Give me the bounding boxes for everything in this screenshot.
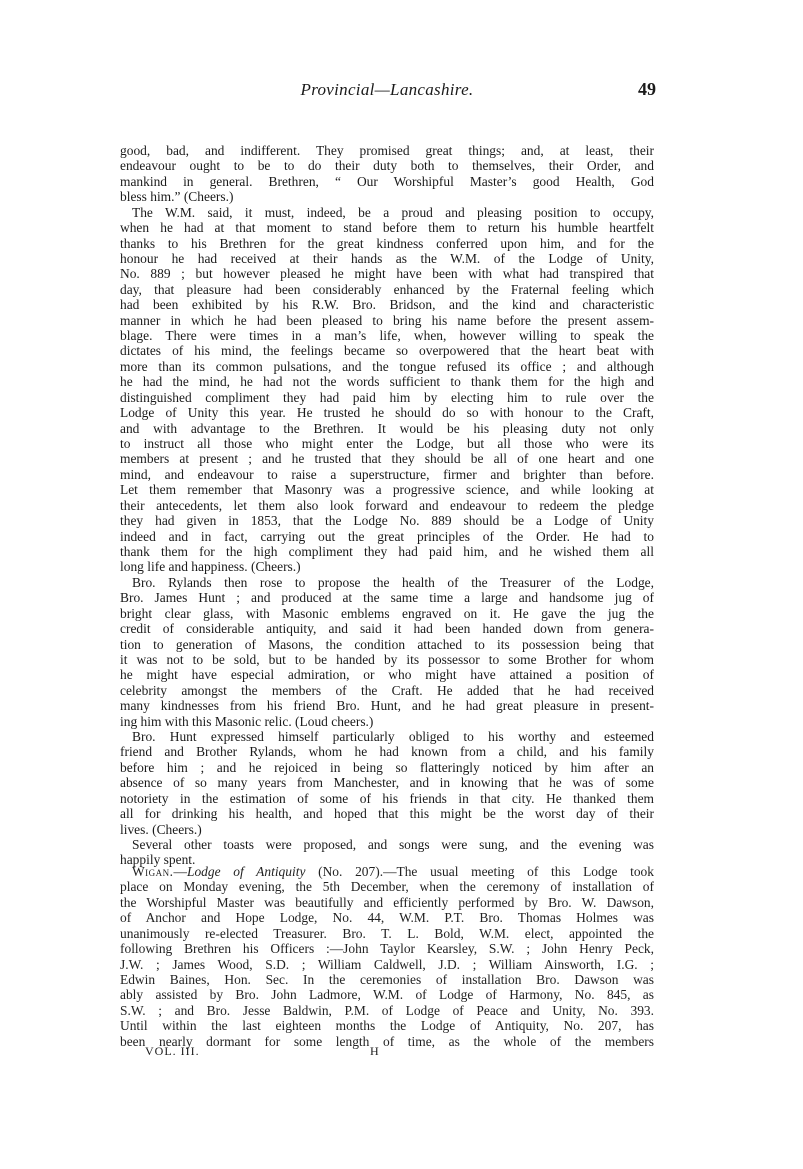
page-number: 49 [638,79,656,100]
text-line: place on Monday evening, the 5th Decembe… [120,879,654,894]
text-line: their antecedents, let them also look fo… [120,498,654,513]
text-line: mankind in general. Brethren, “ Our Wors… [120,174,654,189]
wigan-first-line-rest: —The usual meeting of this Lodge took [383,864,654,879]
text-line: tion to generation of Masons, the condit… [120,637,654,652]
text-line: when he had at that moment to stand befo… [120,220,654,235]
text-line: they had given in 1853, that the Lodge N… [120,513,654,528]
text-line: No. 889 ; but however pleased he might h… [120,266,654,281]
text-line: he had the mind, he had not the words su… [120,374,654,389]
text-line: bless him.” (Cheers.) [120,189,654,204]
text-line: manner in which he had been pleased to b… [120,313,654,328]
text-line: distinguished compliment they had paid h… [120,390,654,405]
text-line: blage. There were times in a man’s life,… [120,328,654,343]
text-line: absence of so many years from Manchester… [120,775,654,790]
text-line: mind, and endeavour to raise a superstru… [120,467,654,482]
text-line: Lodge of Unity this year. He trusted he … [120,405,654,420]
text-line: ably assisted by Bro. John Ladmore, W.M.… [120,987,654,1002]
text-line: indeed and in fact, carrying out the gre… [120,529,654,544]
text-line: the Worshipful Master was beautifully an… [120,895,654,910]
wigan-place: Wigan. [132,864,174,879]
text-line: credit of considerable antiquity, and sa… [120,621,654,636]
text-line: Until within the last eighteen months th… [120,1018,654,1033]
text-line: unanimously re-elected Treasurer. Bro. T… [120,926,654,941]
text-line: he might have especial admiration, or wh… [120,667,654,682]
volume-mark: VOL. III. [145,1044,200,1059]
text-line: day, that pleasure had been considerably… [120,282,654,297]
text-line: honour he had received at their hands as… [120,251,654,266]
text-line: had been exhibited by his R.W. Bro. Brid… [120,297,654,312]
text-line: all for drinking his health, and hoped t… [120,806,654,821]
text-line: more than its common pulsations, and the… [120,359,654,374]
text-line: notoriety in the estimation of some of h… [120,791,654,806]
text-line: dictates of his mind, the feelings becam… [120,343,654,358]
text-line: The W.M. said, it must, indeed, be a pro… [120,205,654,220]
text-line: Let them remember that Masonry was a pro… [120,482,654,497]
text-line: endeavour ought to be to do their duty b… [120,158,654,173]
signature-mark: H [370,1044,379,1059]
wigan-first-line: Wigan.—Lodge of Antiquity (No. 207).—The… [120,864,654,879]
wigan-dash: — [174,864,187,879]
wigan-section: Wigan.—Lodge of Antiquity (No. 207).—The… [120,864,654,1049]
text-line: celebrity amongst the members of the Cra… [120,683,654,698]
page-footer: VOL. III. H [120,1044,654,1064]
text-line: thanks to his Brethren for the great kin… [120,236,654,251]
body-text: good, bad, and indifferent. They promise… [120,143,654,868]
text-line: Edwin Baines, Hon. Sec. In the ceremonie… [120,972,654,987]
text-line: bright clear glass, with Masonic emblems… [120,606,654,621]
text-line: to instruct all those who might enter th… [120,436,654,451]
text-line: members at present ; and he trusted that… [120,451,654,466]
text-line: thank them for the high compliment they … [120,544,654,559]
text-line: it was not to be sold, but to be handed … [120,652,654,667]
text-line: S.W. ; and Bro. Jesse Baldwin, P.M. of L… [120,1003,654,1018]
running-title: Provincial—Lancashire. [120,80,654,100]
text-line: lives. (Cheers.) [120,822,654,837]
text-line: J.W. ; James Wood, S.D. ; William Caldwe… [120,957,654,972]
text-line: before him ; and he rejoiced in being so… [120,760,654,775]
text-line: following Brethren his Officers :—John T… [120,941,654,956]
text-line: Bro. Rylands then rose to propose the he… [120,575,654,590]
text-line: ing him with this Masonic relic. (Loud c… [120,714,654,729]
text-line: Bro. Hunt expressed himself particularly… [120,729,654,744]
text-line: many kindnesses from his friend Bro. Hun… [120,698,654,713]
running-head: Provincial—Lancashire. 49 [120,80,654,104]
text-line: good, bad, and indifferent. They promise… [120,143,654,158]
text-line: and with advantage to the Brethren. It w… [120,421,654,436]
wigan-lodge-number: (No. 207). [305,864,383,879]
text-line: of Anchor and Hope Lodge, No. 44, W.M. P… [120,910,654,925]
text-line: Bro. James Hunt ; and produced at the sa… [120,590,654,605]
text-line: long life and happiness. (Cheers.) [120,559,654,574]
document-page: Provincial—Lancashire. 49 good, bad, and… [0,0,803,1169]
text-line: Several other toasts were proposed, and … [120,837,654,852]
text-line: friend and Brother Rylands, whom he had … [120,744,654,759]
wigan-lodge-name: Lodge of Antiquity [187,864,305,879]
